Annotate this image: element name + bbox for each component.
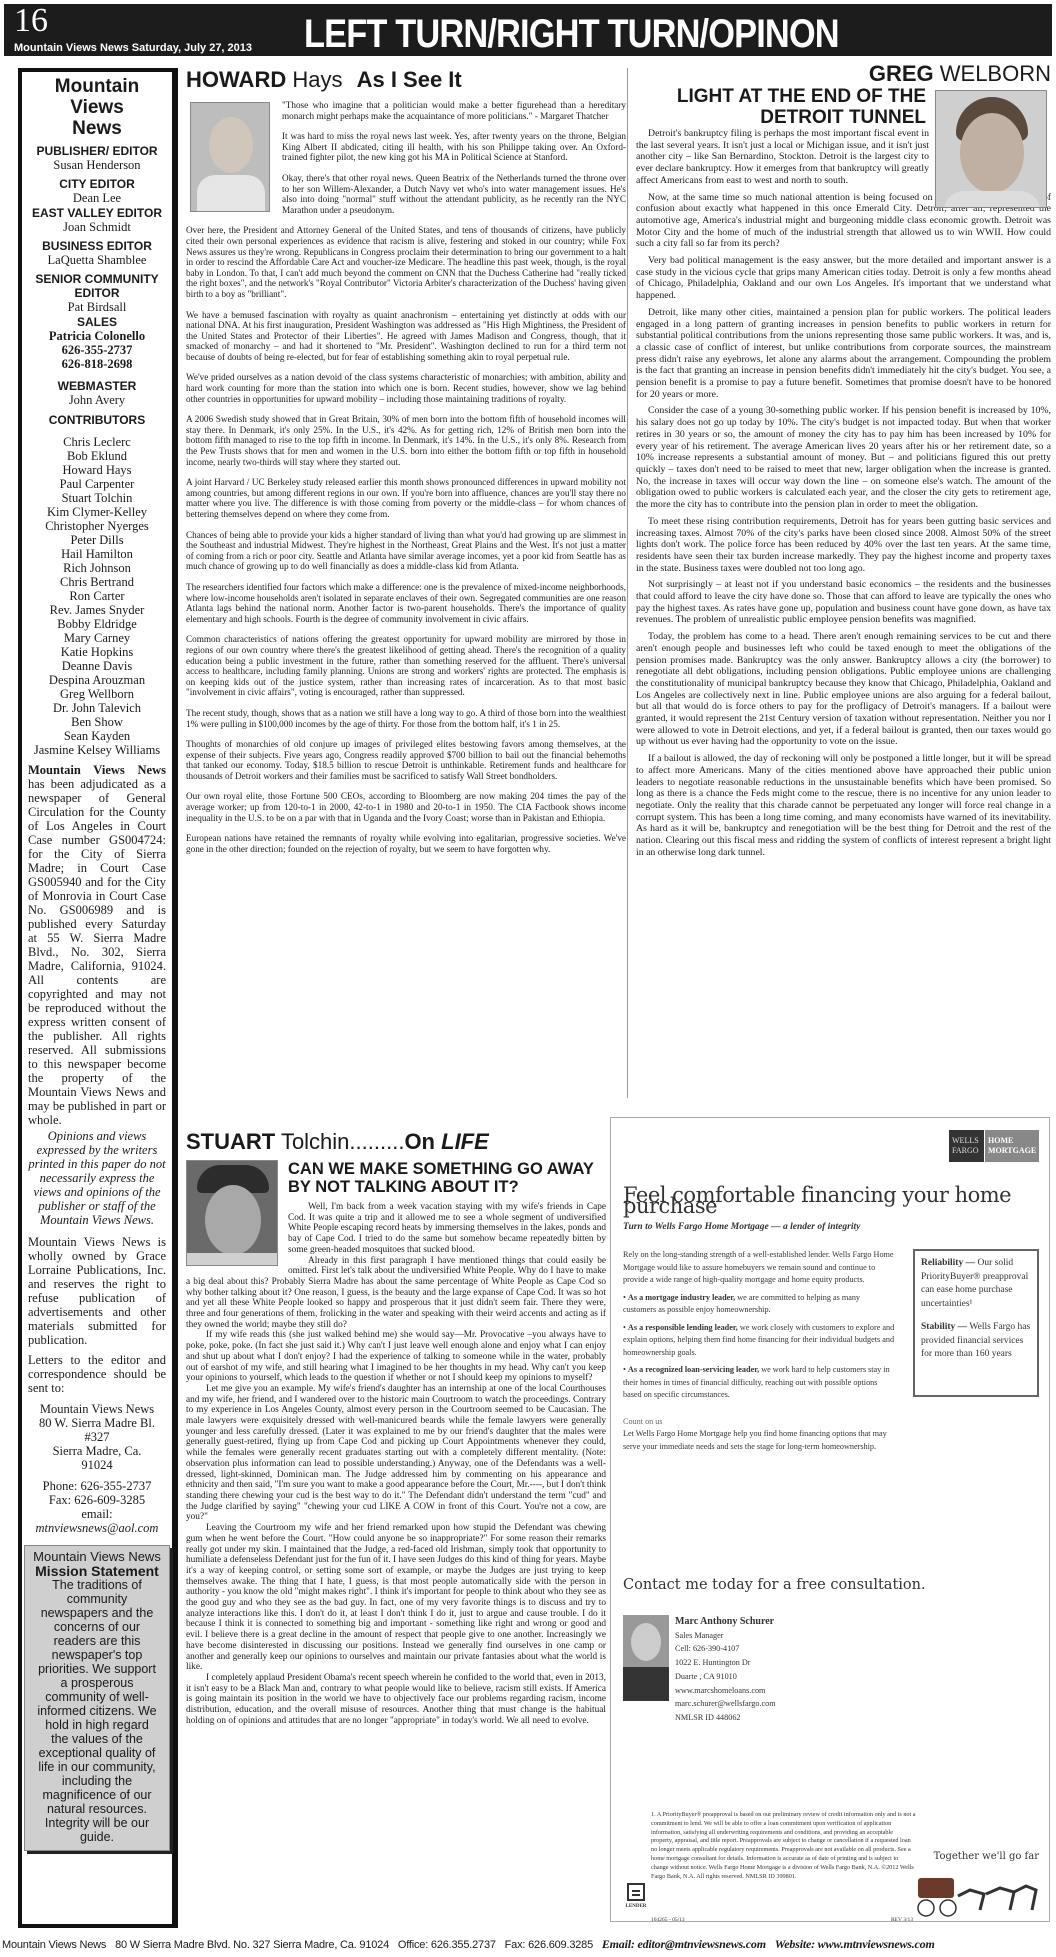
staff-role: SALES [28, 315, 166, 329]
count-text: Let Wells Fargo Home Mortgage help you f… [623, 1428, 895, 1453]
article-paragraph: Thoughts of monarchies of old conjure up… [186, 739, 626, 781]
stability-label: Stability — [921, 1322, 967, 1332]
officer-website[interactable]: www.marcshomeloans.com [675, 1684, 776, 1698]
wells-fargo-logo: WELLSFARGO HOMEMORTGAGE [949, 1130, 1039, 1162]
staff-name: LaQuetta Shamblee [28, 253, 166, 267]
logo-line: Views [28, 97, 166, 118]
ad-headline: Feel comfortable financing your home pur… [623, 1190, 1049, 1212]
staff-publisher: PUBLISHER/ EDITOR Susan Henderson [28, 144, 166, 172]
contributor-name: Stuart Tolchin [28, 491, 166, 505]
article-paragraph: We have a bemused fascination with royal… [186, 310, 626, 363]
article-paragraph: Leaving the Courtroom my wife and her fr… [186, 1523, 606, 1673]
equal-housing-lender-icon: LENDER [625, 1883, 647, 1911]
ad-body: Rely on the long-standing strength of a … [623, 1249, 895, 1458]
loan-officer-info: Marc Anthony Schurer Sales Manager Cell:… [675, 1615, 776, 1725]
section-title: LEFT TURN/RIGHT TURN/OPINON [304, 12, 839, 57]
article-paragraph: Let me give you an example. My wife's fr… [186, 1384, 606, 1523]
article-paragraph: European nations have retained the remna… [186, 833, 626, 854]
greg-welborn-column: GREG WELBORN LIGHT AT THE END OF THE DET… [636, 62, 1051, 863]
ad-bullet: • As a mortgage industry leader, we are … [623, 1292, 895, 1317]
ad-intro: Rely on the long-standing strength of a … [623, 1249, 895, 1287]
contributor-name: Bob Eklund [28, 449, 166, 463]
officer-name: Marc Anthony Schurer [675, 1615, 776, 1629]
article-paragraph: Common characteristics of nations offeri… [186, 634, 626, 698]
staff-role: PUBLISHER/ EDITOR [28, 144, 166, 158]
letters-notice: Letters to the editor and correspondence… [28, 1353, 166, 1395]
staff-role: BUSINESS EDITOR [28, 239, 166, 253]
staff-name: Joan Schmidt [28, 220, 166, 234]
author-last: Tolchin......... [281, 1129, 405, 1154]
count-heading: Count on us [623, 1416, 895, 1429]
address-line: 80 W. Sierra Madre Bl. [28, 1416, 166, 1430]
staff-name: Pat Birdsall [28, 300, 166, 314]
article-paragraph: Very bad political management is the eas… [636, 255, 1051, 302]
footer-address: 80 W Sierra Madre Blvd. No. 327 Sierra M… [115, 1939, 389, 1951]
article-paragraph: Already in this first paragraph I have m… [186, 1256, 606, 1331]
email-label: email: [28, 1507, 166, 1521]
staff-name: John Avery [28, 393, 166, 407]
stability: Stability — Wells Fargo has provided fin… [921, 1321, 1031, 1362]
staff-phone: 626-818-2698 [28, 357, 166, 371]
article-paragraph: I completely applaud President Obama's r… [186, 1673, 606, 1727]
officer-email[interactable]: marc.schurer@wellsfargo.com [675, 1697, 776, 1711]
staff-phone: 626-355-2737 [28, 343, 166, 357]
staff-name: Patricia Colonello [28, 329, 166, 343]
article-paragraph: If my wife reads this (she just walked b… [186, 1330, 606, 1384]
officer-nmlsr: NMLSR ID 448062 [675, 1711, 776, 1725]
fax: Fax: 626-609-3285 [28, 1493, 166, 1507]
address-line: 91024 [28, 1458, 166, 1472]
reliability: Reliability — Our solid PriorityBuyer® p… [921, 1257, 1031, 1311]
adjudication-lead: Mountain Views News [28, 763, 166, 777]
contributor-name: Despina Arouzman [28, 673, 166, 687]
contributor-name: Dr. John Talevich [28, 701, 166, 715]
mission-statement: Mountain Views News Mission Statement Th… [24, 1545, 170, 1851]
author-photo [186, 1160, 278, 1266]
column-byline: HOWARD Hays As I See It [186, 68, 626, 92]
adjudication-notice: Mountain Views News has been adjudicated… [28, 763, 166, 1127]
article-paragraph: We've prided ourselves as a nation devoi… [186, 372, 626, 404]
staff-city-editor: CITY EDITOR Dean Lee [28, 177, 166, 205]
article-paragraph: The researchers identified four factors … [186, 582, 626, 624]
contributor-name: Hail Hamilton [28, 547, 166, 561]
article-paragraph: Chances of being able to provide your ki… [186, 530, 626, 572]
staff-role: CITY EDITOR [28, 177, 166, 191]
logo-line: News [28, 118, 166, 139]
staff-name: Susan Henderson [28, 158, 166, 172]
article-headline: LIGHT AT THE END OF THE DETROIT TUNNEL [636, 86, 926, 128]
contributor-name: Ron Carter [28, 589, 166, 603]
wells-fargo-advertisement[interactable]: WELLSFARGO HOMEMORTGAGE Feel comfortable… [610, 1117, 1050, 1922]
staff-sidebar: Mountain Views News PUBLISHER/ EDITOR Su… [18, 68, 178, 1928]
article-paragraph: Detroit, like many other cities, maintai… [636, 307, 1051, 401]
article-paragraph: The recent study, though, shows that as … [186, 708, 626, 729]
staff-sales: SALES Patricia Colonello 626-355-2737 62… [28, 315, 166, 371]
logo-text: MORTGAGE [988, 1146, 1036, 1156]
ad-tagline: Together we'll go far [934, 1851, 1039, 1862]
column-title: On [404, 1129, 435, 1154]
staff-senior-community-editor: SENIOR COMMUNITY EDITOR Pat Birdsall [28, 272, 166, 314]
page-footer: Mountain Views News 80 W Sierra Madre Bl… [2, 1937, 1056, 1955]
column-byline: GREG WELBORN [636, 62, 1051, 86]
article-paragraph: Consider the case of a young 30-somethin… [636, 405, 1051, 510]
mission-subheading: Mission Statement [29, 1564, 165, 1578]
article-paragraph: Today, the problem has come to a head. T… [636, 631, 1051, 748]
ad-bullet: • As a recognized loan-servicing leader,… [623, 1364, 895, 1402]
stuart-tolchin-column: STUART Tolchin.........On LIFE CAN WE MA… [186, 1130, 606, 1726]
ad-bullet: • As a responsible lending leader, we wo… [623, 1322, 895, 1360]
column-title-italic: LIFE [441, 1129, 489, 1154]
ad-code: 104265 - 05/13 [651, 1915, 685, 1926]
bullet-bold: As a responsible lending leader, [628, 1323, 738, 1332]
page-number: 16 [14, 4, 48, 38]
staff-name: Dean Lee [28, 191, 166, 205]
email-link[interactable]: mtnviewsnews@aol.com [28, 1521, 166, 1535]
contributors-list: Chris LeclercBob EklundHoward HaysPaul C… [28, 435, 166, 757]
contributor-name: Chris Bertrand [28, 575, 166, 589]
mission-heading: Mountain Views News [29, 1550, 165, 1564]
mission-text: The traditions of community newspapers a… [29, 1578, 165, 1844]
article-paragraph: To meet these rising contribution requir… [636, 516, 1051, 575]
article-body: CAN WE MAKE SOMETHING GO AWAY BY NOT TAL… [186, 1160, 606, 1726]
loan-officer-photo [623, 1615, 669, 1701]
ownership-notice: Mountain Views News is wholly owned by G… [28, 1235, 166, 1347]
contributor-name: Jasmine Kelsey Williams [28, 743, 166, 757]
footer-email[interactable]: Email: editor@mtnviewsnews.com [602, 1937, 766, 1951]
eho-label: LENDER [625, 1901, 647, 1912]
officer-cell: Cell: 626-390-4107 [675, 1642, 776, 1656]
footer-fax: Fax: 626.609.3285 [505, 1939, 593, 1951]
column-byline: STUART Tolchin.........On LIFE [186, 1130, 606, 1154]
article-paragraph: Not surprisingly – at least not if you u… [636, 579, 1051, 626]
contributor-name: Chris Leclerc [28, 435, 166, 449]
sidebar-logo: Mountain Views News [28, 76, 166, 139]
contributor-name: Christopher Nyerges [28, 519, 166, 533]
contributor-name: Mary Carney [28, 631, 166, 645]
author-photo [190, 102, 270, 212]
officer-title: Sales Manager [675, 1629, 776, 1643]
article-paragraph: A 2006 Swedish study showed that in Grea… [186, 414, 626, 467]
officer-city: Duarte , CA 91010 [675, 1670, 776, 1684]
staff-business-editor: BUSINESS EDITOR LaQuetta Shamblee [28, 239, 166, 267]
footer-name: Mountain Views News [2, 1939, 106, 1951]
mailing-address: Mountain Views News 80 W. Sierra Madre B… [28, 1402, 166, 1472]
author-first: HOWARD [186, 67, 286, 92]
staff-role: EAST VALLEY EDITOR [28, 206, 166, 220]
bullet-bold: As a recognized loan-servicing leader, [628, 1365, 759, 1374]
staff-east-valley-editor: EAST VALLEY EDITOR Joan Schmidt [28, 206, 166, 234]
contributor-name: Kim Clymer-Kelley [28, 505, 166, 519]
adjudication-text: has been adjudicated as a newspaper of G… [28, 777, 166, 1127]
contributor-name: Rich Johnson [28, 561, 166, 575]
author-first: GREG [869, 61, 934, 86]
author-first: STUART [186, 1129, 275, 1154]
logo-text: FARGO [952, 1146, 981, 1156]
contributor-name: Rev. James Snyder [28, 603, 166, 617]
contributor-name: Peter Dills [28, 533, 166, 547]
contributor-name: Deanne Davis [28, 659, 166, 673]
loan-officer-card: Marc Anthony Schurer Sales Manager Cell:… [623, 1615, 776, 1725]
publication-date: Mountain Views News Saturday, July 27, 2… [14, 42, 252, 54]
staff-webmaster: WEBMASTER John Avery [28, 379, 166, 407]
contact-heading: Contact me today for a free consultation… [623, 1580, 926, 1591]
footer-website[interactable]: Website: www.mtnviewsnews.com [775, 1937, 935, 1951]
logo-text: WELLS [952, 1136, 981, 1146]
address-line: Mountain Views News [28, 1402, 166, 1416]
ad-revision: REV 3/13 [891, 1915, 913, 1926]
article-paragraph: Over here, the President and Attorney Ge… [186, 225, 626, 299]
staff-role: SENIOR COMMUNITY EDITOR [28, 272, 166, 300]
stagecoach-icon [914, 1870, 1039, 1918]
contributor-name: Ben Show [28, 715, 166, 729]
masthead: 16 Mountain Views News Saturday, July 27… [4, 4, 1052, 56]
bullet-bold: As a mortgage industry leader, [628, 1293, 735, 1302]
article-paragraph: A joint Harvard / UC Berkeley study rele… [186, 477, 626, 519]
author-last: WELBORN [940, 61, 1051, 86]
staff-role: WEBMASTER [28, 379, 166, 393]
column-title: As I See It [357, 67, 462, 92]
reliability-label: Reliability — [921, 1258, 975, 1268]
contributor-name: Greg Wellborn [28, 687, 166, 701]
contact-info: Phone: 626-355-2737 Fax: 626-609-3285 em… [28, 1479, 166, 1535]
contributor-name: Howard Hays [28, 463, 166, 477]
opinion-disclaimer: Opinions and views expressed by the writ… [28, 1129, 166, 1227]
article-body: "Those who imagine that a politician wou… [186, 100, 626, 854]
contributor-name: Katie Hopkins [28, 645, 166, 659]
article-body: Detroit's bankruptcy filing is perhaps t… [636, 128, 1051, 858]
logo-text: HOME [988, 1136, 1036, 1146]
contributor-name: Bobby Eldridge [28, 617, 166, 631]
ad-feature-box: Reliability — Our solid PriorityBuyer® p… [913, 1249, 1039, 1397]
author-last: Hays [292, 67, 342, 92]
howard-hays-column: HOWARD Hays As I See It "Those who imagi… [186, 68, 626, 864]
article-paragraph: Our own royal elite, those Fortune 500 C… [186, 791, 626, 823]
phone: Phone: 626-355-2737 [28, 1479, 166, 1493]
footer-office: Office: 626.355.2737 [398, 1939, 496, 1951]
article-paragraph: If a bailout is allowed, the day of reck… [636, 753, 1051, 858]
contributor-name: Sean Kayden [28, 729, 166, 743]
contributors-heading: CONTRIBUTORS [28, 413, 166, 427]
ad-fineprint: 1. A PriorityBuyer® preapproval is based… [651, 1811, 916, 1881]
address-line: Sierra Madre, Ca. [28, 1444, 166, 1458]
ad-subhead: Turn to Wells Fargo Home Mortgage — a le… [623, 1222, 860, 1233]
officer-address: 1022 E. Huntington Dr [675, 1656, 776, 1670]
article-paragraph: Detroit's bankruptcy filing is perhaps t… [636, 128, 929, 187]
contributor-name: Paul Carpenter [28, 477, 166, 491]
author-photo [935, 90, 1047, 208]
logo-line: Mountain [28, 76, 166, 97]
address-line: #327 [28, 1430, 166, 1444]
column-divider [627, 68, 628, 1098]
